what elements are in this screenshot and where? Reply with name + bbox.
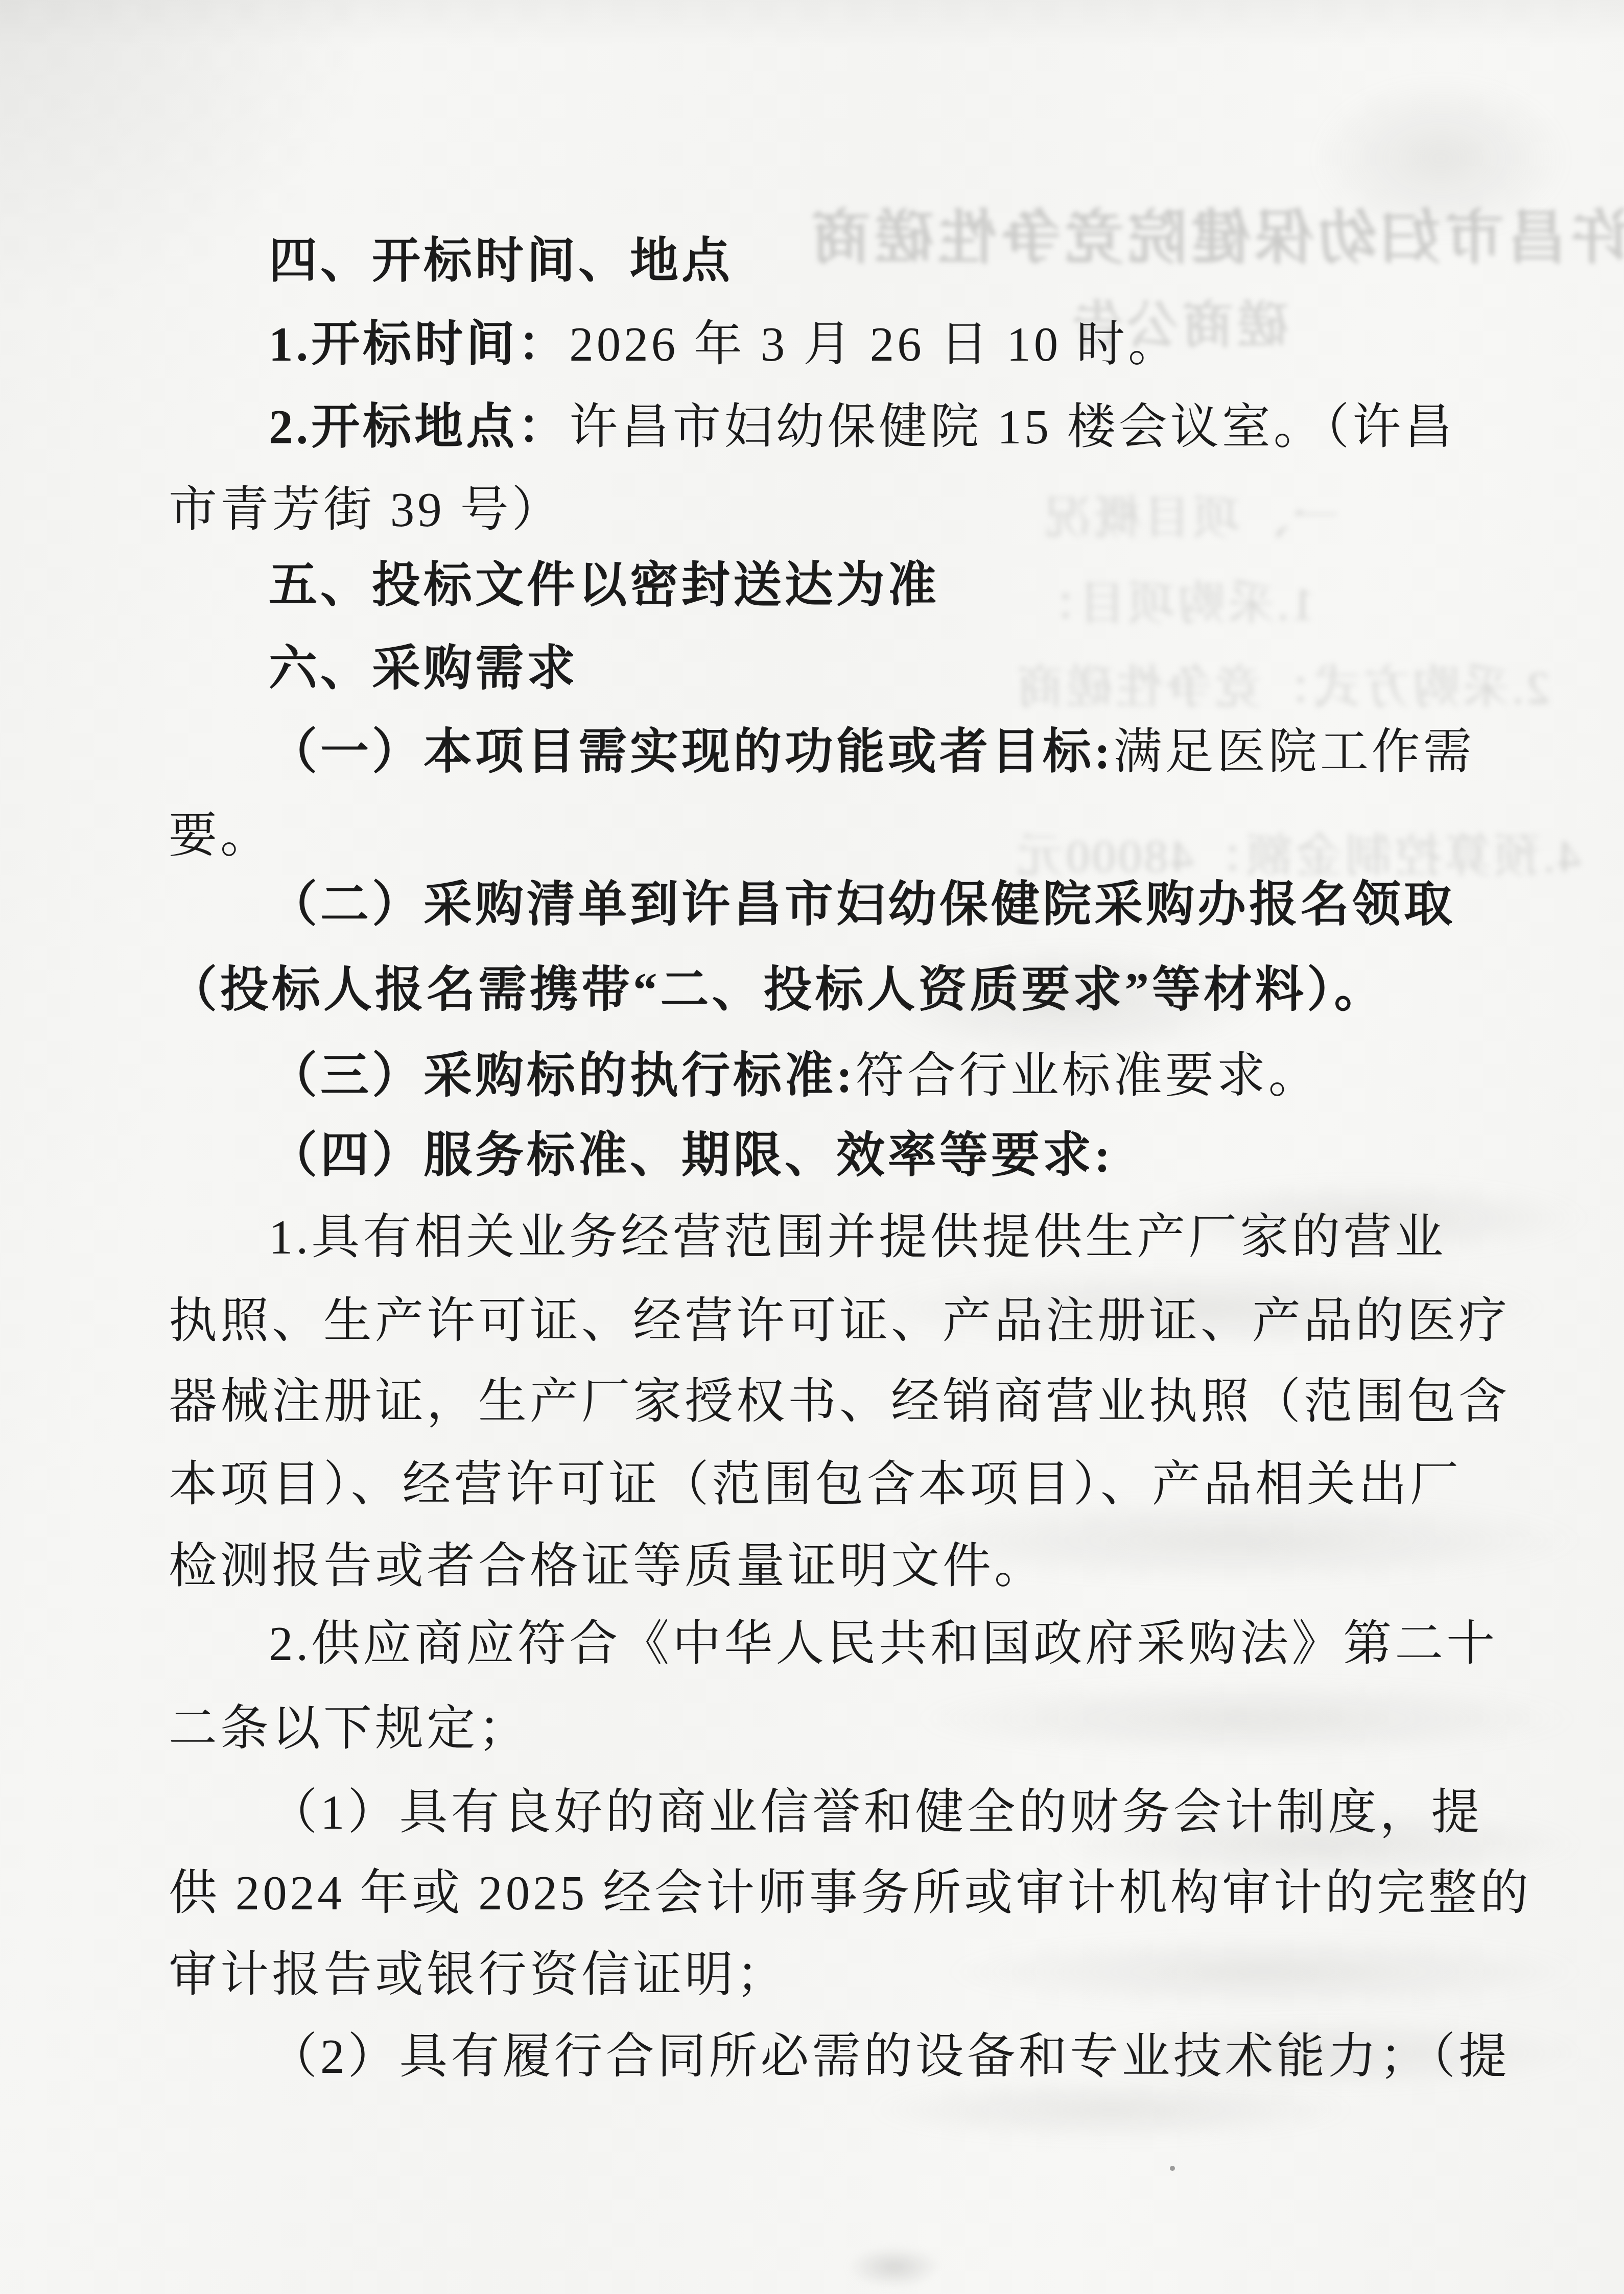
doc-line-item-2-list: （二）采购清单到许昌市妇幼保健院采购办报名领取 [169, 871, 1476, 938]
doc-line-heading-4: 四、开标时间、地点 [169, 227, 1476, 295]
doc-line-heading-6: 六、采购需求 [169, 635, 1476, 702]
doc-line-req-1: 1.具有相关业务经营范围并提供提供生产厂家的营业 [169, 1203, 1476, 1271]
doc-line-function-cont: 要。 [169, 802, 1476, 869]
doc-line-address-cont: 市青芳街 39 号） [169, 476, 1476, 543]
scan-bottom-smudge [833, 2240, 955, 2294]
doc-line-item-1-function: （一）本项目需实现的功能或者目标:满足医院工作需 [169, 718, 1476, 786]
doc-line-req-1-cont-b: 器械注册证，生产厂家授权书、经销商营业执照（范围包含 [169, 1368, 1476, 1435]
doc-line-sub-1-cont-a: 供 2024 年或 2025 经会计师事务所或审计机构审计的完整的 [169, 1859, 1476, 1927]
doc-line-item-2-cont: （投标人报名需携带“二、投标人资质要求”等材料）。 [169, 956, 1476, 1024]
doc-line-sub-1: （1）具有良好的商业信誉和健全的财务会计制度，提 [169, 1779, 1476, 1846]
doc-line-req-1-cont-a: 执照、生产许可证、经营许可证、产品注册证、产品的医疗 [169, 1287, 1476, 1355]
doc-line-item-3-standard: （三）采购标的执行标准:符合行业标准要求。 [169, 1042, 1476, 1109]
bleedthrough-smudge [1313, 77, 1568, 240]
doc-line-sub-2: （2）具有履行合同所必需的设备和专业技术能力；（提 [169, 2023, 1476, 2090]
scanned-document-page: 许昌市妇幼保健院竞争性磋商 磋商公告 一、项目概况 1.采购项目： 2.采购方式… [0, 0, 1624, 2294]
scan-speck [1170, 2166, 1175, 2171]
doc-line-heading-5: 五、投标文件以密封送达为准 [169, 552, 1476, 619]
scan-shading-top-edge [0, 0, 1624, 46]
doc-line-req-1-cont-c: 本项目）、经营许可证（范围包含本项目）、产品相关出厂 [169, 1451, 1476, 1518]
doc-line-open-time: 1.开标时间：2026 年 3 月 26 日 10 时。 [169, 311, 1476, 378]
doc-line-req-2: 2.供应商应符合《中华人民共和国政府采购法》第二十 [169, 1610, 1476, 1677]
doc-line-sub-1-cont-b: 审计报告或银行资信证明； [169, 1941, 1476, 2008]
doc-line-req-2-cont: 二条以下规定； [169, 1695, 1476, 1762]
doc-line-open-place: 2.开标地点：许昌市妇幼保健院 15 楼会议室。（许昌 [169, 393, 1476, 461]
doc-line-req-1-cont-d: 检测报告或者合格证等质量证明文件。 [169, 1532, 1476, 1600]
doc-line-item-4-service: （四）服务标准、期限、效率等要求: [169, 1122, 1476, 1189]
